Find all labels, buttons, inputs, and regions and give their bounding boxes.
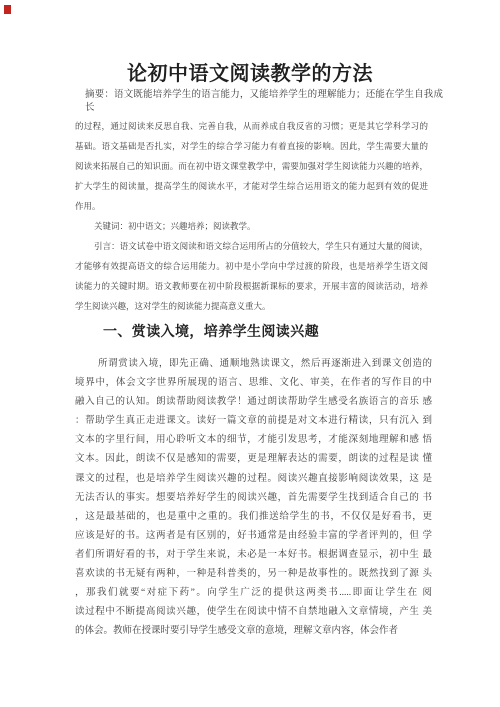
- text-line: 的体会。教师在授课时要引导学生感受文章的意境，理解文章内容，体会作者: [75, 622, 432, 641]
- text-line: 摘要：语文既能培养学生的语言能力，又能培养学生的理解能力；还能在学生自我成: [85, 89, 443, 102]
- text-line: 才能够有效提高语文的综合运用能力。初中是小学向中学过渡的阶段，也是培养学生语文阅: [75, 256, 428, 276]
- text-line: 阅读来拓展自己的知识面。而在初中语文课堂教学中，需要加强对学生阅读能力兴趣的培养…: [75, 156, 428, 176]
- text-line: 作用。: [75, 196, 428, 216]
- text-line: 所谓赏读入境，即先正确、通顺地熟读课文，然后再逐渐进入到课文创造的: [75, 355, 432, 374]
- section-heading: 一、赏读入境，培养学生阅读兴趣: [103, 323, 500, 343]
- text-line: 读能力的关键时期。语文教师要在初中阶段根据新课标的要求，开展丰富的阅读活动，培养: [75, 276, 428, 296]
- document-page: 论初中语文阅读教学的方法 摘要：语文既能培养学生的语言能力，又能培养学生的理解能…: [0, 0, 500, 707]
- text-line: 的过程，通过阅读来反思自我、完善自我，从而养成自我反省的习惯；更是其它学科学习的: [75, 116, 428, 136]
- text-line: 境界中，体会文字世界所展现的语言、思维、文化、审美，在作者的写作目的中: [75, 374, 432, 393]
- text-line: 文本的字里行间，用心聆听文本的细节，才能引发思考，才能深刻地理解和感 悟: [75, 431, 432, 450]
- text-line: 扩大学生的阅读量，提高学生的阅读水平，才能对学生综合运用语文的能力起到有效的促进: [75, 176, 428, 196]
- text-line: 基础。语文基础是否扎实，对学生的综合学习能力有着直接的影响。因此，学生需要大量的: [75, 136, 428, 156]
- intro-paragraph: 的过程，通过阅读来反思自我、完善自我，从而养成自我反省的习惯；更是其它学科学习的…: [75, 116, 428, 216]
- text-line: 引言：语文试卷中语文阅读和语文综合运用所占的分值较大，学生只有通过大量的阅读，: [75, 236, 428, 256]
- text-line: ，这是最基础的，也是重中之重的。我们推送给学生的书，不仅仅是好看书，更: [75, 508, 432, 527]
- text-line: 融入自己的认知。朗读帮助阅读教学！通过朗读帮助学生感受名族语言的音乐 感: [75, 393, 432, 412]
- foreword-paragraph: 引言：语文试卷中语文阅读和语文综合运用所占的分值较大，学生只有通过大量的阅读，才…: [75, 236, 428, 316]
- text-line: ：帮助学生真正走进课文。读好一篇文章的前提是对文本进行精读，只有沉入 到: [75, 412, 432, 431]
- text-line: 学生阅读兴趣，这对学生的阅读能力提高意义重大。: [75, 296, 428, 316]
- text-line: 读过程中不断提高阅读兴趣，使学生在阅读中情不自禁地融入文章情境，产生 美: [75, 603, 432, 622]
- text-line: 无法否认的事实。想要培养好学生的阅读兴趣，首先需要学生找到适合自己的 书: [75, 489, 432, 508]
- text-line: 长: [85, 102, 443, 115]
- text-line: 关键词：初中语文；兴趣培养；阅读教学。: [75, 216, 428, 236]
- text-line: 课文的过程，也是培养学生阅读兴趣的过程。阅读兴趣直接影响阅读效果，这 是: [75, 470, 432, 489]
- text-line: 文本。因此，朗读不仅是感知的需要，更是理解表达的需要，朗读的过程是读 懂: [75, 450, 432, 469]
- text-line: 喜欢读的书无疑有两种，一种是科普类的，另一种是故事性的。既然找到了源 头: [75, 565, 432, 584]
- text-line: ，那我们就要“对症下药”。向学生广泛的提供这两类书.....即面让学生在 阅: [75, 584, 432, 603]
- red-corner-marker: [4, 5, 11, 14]
- text-line: 者们所谓好看的书，对于学生来说，未必是一本好书。根据调查显示，初中生 最: [75, 546, 432, 565]
- section-body-paragraph: 所谓赏读入境，即先正确、通顺地熟读课文，然后再逐渐进入到课文创造的境界中，体会文…: [75, 355, 432, 641]
- document-title: 论初中语文阅读教学的方法: [0, 62, 500, 86]
- keywords-line: 关键词：初中语文；兴趣培养；阅读教学。: [75, 216, 428, 236]
- text-line: 应该是好的书。这两者是有区别的，好书通常是由经验丰富的学者评判的，但 学: [75, 527, 432, 546]
- abstract-paragraph: 摘要：语文既能培养学生的语言能力，又能培养学生的理解能力；还能在学生自我成长: [85, 89, 443, 114]
